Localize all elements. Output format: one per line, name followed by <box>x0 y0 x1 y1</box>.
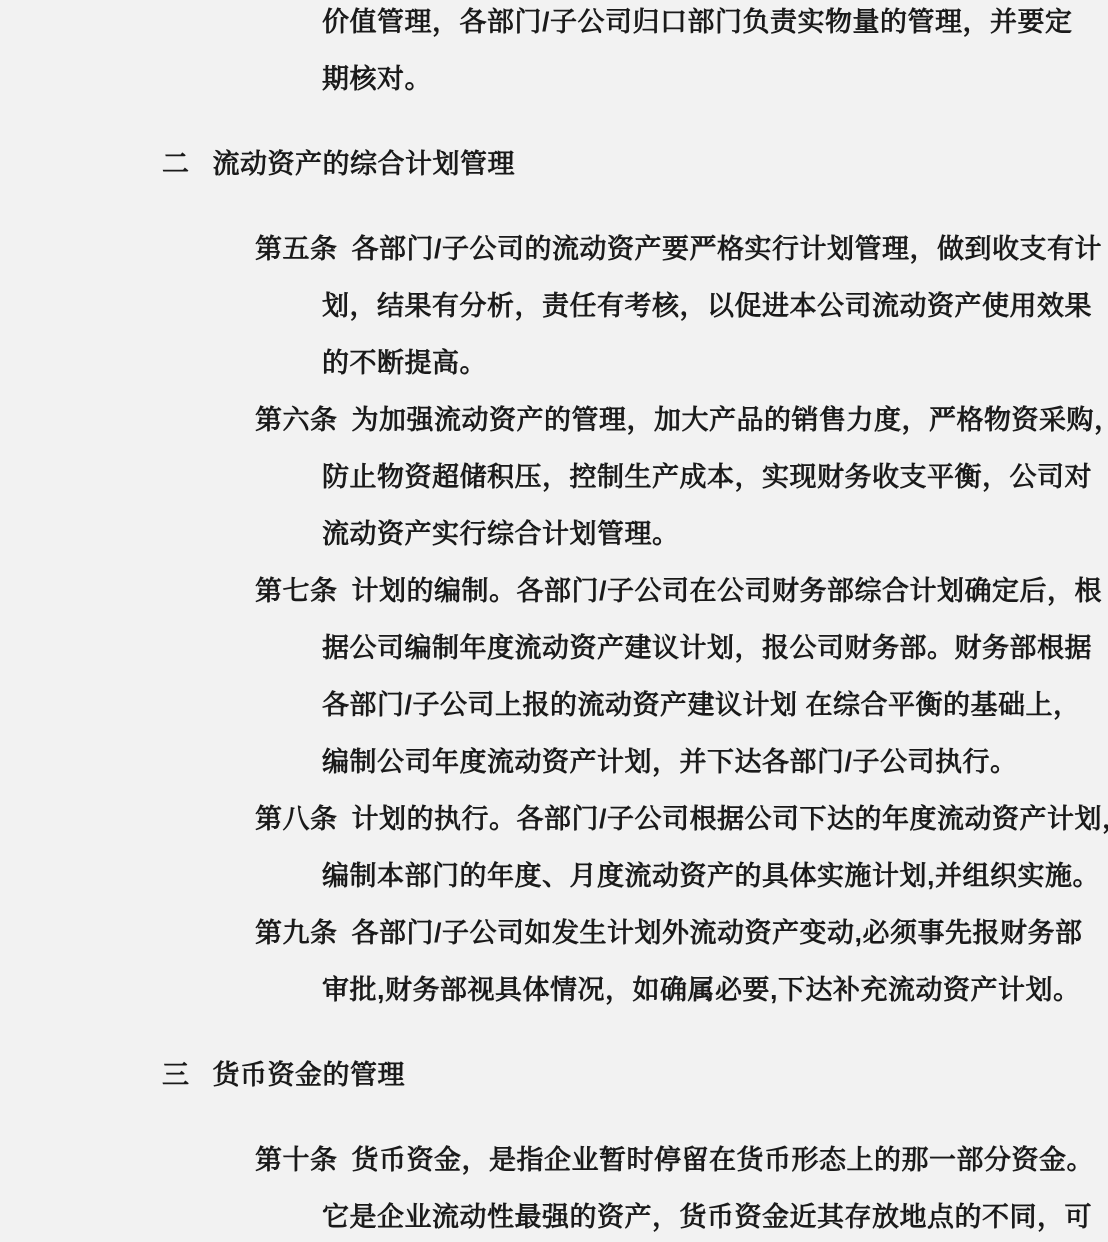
article-7-text: 计划的编制。各部门/子公司在公司财务部综合计划确定后，根 <box>352 569 1103 608</box>
article-9-line: 审批,财务部视具体情况，如确属必要,下达补充流动资产计划。 <box>0 959 1108 1016</box>
article-8-text: 计划的执行。各部门/子公司根据公司下达的年度流动资产计划， <box>352 797 1108 836</box>
article-6-text: 为加强流动资产的管理，加大产品的销售力度，严格物资采购， <box>352 398 1108 437</box>
article-7-label: 第七条 <box>255 569 338 608</box>
section-title: 流动资产的综合计划管理 <box>213 142 516 181</box>
article-5-text: 各部门/子公司的流动资产要严格实行计划管理，做到收支有计 <box>352 227 1103 266</box>
article-6-line: 第六条 为加强流动资产的管理，加大产品的销售力度，严格物资采购， <box>0 389 1108 446</box>
article-8-label: 第八条 <box>255 797 338 836</box>
article-10-label: 第十条 <box>255 1138 338 1177</box>
article-7-line: 第七条 计划的编制。各部门/子公司在公司财务部综合计划确定后，根 <box>0 560 1108 617</box>
carryover-line: 期核对。 <box>0 48 1108 105</box>
section-heading-2: 二 流动资产的综合计划管理 <box>0 133 1108 190</box>
article-7-line: 据公司编制年度流动资产建议计划，报公司财务部。财务部根据 <box>0 617 1108 674</box>
article-9-line: 第九条 各部门/子公司如发生计划外流动资产变动,必须事先报财务部 <box>0 902 1108 959</box>
article-6-line: 防止物资超储积压，控制生产成本，实现财务收支平衡，公司对 <box>0 446 1108 503</box>
article-10-line: 它是企业流动性最强的资产，货币资金近其存放地点的不同，可 <box>0 1186 1108 1242</box>
article-7-line: 编制公司年度流动资产计划，并下达各部门/子公司执行。 <box>0 731 1108 788</box>
section-heading-3: 三 货币资金的管理 <box>0 1044 1108 1101</box>
document-page: 价值管理，各部门/子公司归口部门负责实物量的管理，并要定 期核对。 二 流动资产… <box>0 0 1108 1242</box>
carryover-line: 价值管理，各部门/子公司归口部门负责实物量的管理，并要定 <box>0 0 1108 48</box>
article-5-line: 划，结果有分析，责任有考核，以促进本公司流动资产使用效果 <box>0 275 1108 332</box>
article-8-line: 编制本部门的年度、月度流动资产的具体实施计划,并组织实施。 <box>0 845 1108 902</box>
article-5-line: 的不断提高。 <box>0 332 1108 389</box>
section-title: 货币资金的管理 <box>213 1053 406 1092</box>
article-10-line: 第十条 货币资金，是指企业暂时停留在货币形态上的那一部分资金。 <box>0 1129 1108 1186</box>
article-6-label: 第六条 <box>255 398 338 437</box>
article-10-text: 货币资金，是指企业暂时停留在货币形态上的那一部分资金。 <box>352 1138 1095 1177</box>
article-9-text: 各部门/子公司如发生计划外流动资产变动,必须事先报财务部 <box>352 911 1083 950</box>
article-5-line: 第五条 各部门/子公司的流动资产要严格实行计划管理，做到收支有计 <box>0 218 1108 275</box>
article-7-line: 各部门/子公司上报的流动资产建议计划 在综合平衡的基础上， <box>0 674 1108 731</box>
article-5-label: 第五条 <box>255 227 338 266</box>
article-8-line: 第八条 计划的执行。各部门/子公司根据公司下达的年度流动资产计划， <box>0 788 1108 845</box>
article-6-line: 流动资产实行综合计划管理。 <box>0 503 1108 560</box>
article-9-label: 第九条 <box>255 911 338 950</box>
section-number: 二 <box>162 142 190 181</box>
section-number: 三 <box>162 1053 190 1092</box>
